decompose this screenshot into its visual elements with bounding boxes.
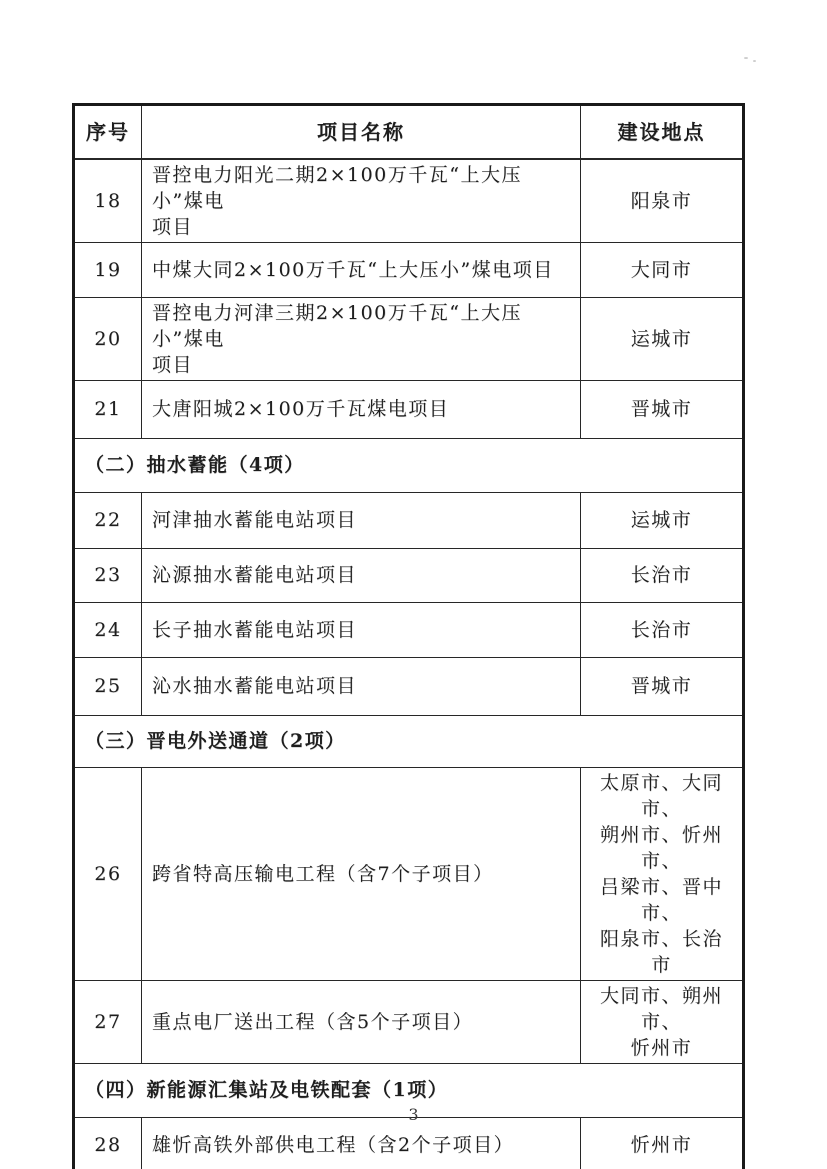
project-location: 长治市 <box>581 548 744 602</box>
table-row: 26 跨省特高压输电工程（含7个子项目） 太原市、大同市、 朔州市、忻州市、 吕… <box>74 767 744 980</box>
table-row: 25 沁水抽水蓄能电站项目 晋城市 <box>74 657 744 715</box>
project-location: 运城市 <box>581 492 744 548</box>
row-number: 23 <box>74 548 142 602</box>
project-location: 运城市 <box>581 297 744 380</box>
table-row: 24 长子抽水蓄能电站项目 长治市 <box>74 602 744 657</box>
row-number: 21 <box>74 380 142 438</box>
project-location: 晋城市 <box>581 657 744 715</box>
project-location: 晋城市 <box>581 380 744 438</box>
row-number: 26 <box>74 767 142 980</box>
scan-speckle <box>744 57 748 59</box>
row-number: 28 <box>74 1117 142 1169</box>
project-name: 中煤大同2×100万千瓦“上大压小”煤电项目 <box>142 242 581 297</box>
project-name: 沁源抽水蓄能电站项目 <box>142 548 581 602</box>
project-name: 晋控电力河津三期2×100万千瓦“上大压小”煤电 项目 <box>142 297 581 380</box>
row-number: 27 <box>74 980 142 1063</box>
table-row: 23 沁源抽水蓄能电站项目 长治市 <box>74 548 744 602</box>
project-name: 大唐阳城2×100万千瓦煤电项目 <box>142 380 581 438</box>
table-row: 21 大唐阳城2×100万千瓦煤电项目 晋城市 <box>74 380 744 438</box>
column-header-no: 序号 <box>74 105 142 159</box>
project-location: 大同市、朔州市、 忻州市 <box>581 980 744 1063</box>
table-row: 22 河津抽水蓄能电站项目 运城市 <box>74 492 744 548</box>
scan-speckle <box>753 60 756 62</box>
project-name: 雄忻高铁外部供电工程（含2个子项目） <box>142 1117 581 1169</box>
project-location: 太原市、大同市、 朔州市、忻州市、 吕梁市、晋中市、 阳泉市、长治市 <box>581 767 744 980</box>
project-name: 河津抽水蓄能电站项目 <box>142 492 581 548</box>
project-name: 跨省特高压输电工程（含7个子项目） <box>142 767 581 980</box>
project-location: 忻州市 <box>581 1117 744 1169</box>
table-row: 27 重点电厂送出工程（含5个子项目） 大同市、朔州市、 忻州市 <box>74 980 744 1063</box>
table-row: 20 晋控电力河津三期2×100万千瓦“上大压小”煤电 项目 运城市 <box>74 297 744 380</box>
project-location: 阳泉市 <box>581 159 744 243</box>
table-header-row: 序号 项目名称 建设地点 <box>74 105 744 159</box>
project-name: 重点电厂送出工程（含5个子项目） <box>142 980 581 1063</box>
section-label: （二）抽水蓄能（4项） <box>74 438 744 492</box>
row-number: 22 <box>74 492 142 548</box>
section-label: （三）晋电外送通道（2项） <box>74 715 744 767</box>
section-row: （二）抽水蓄能（4项） <box>74 438 744 492</box>
table-row: 19 中煤大同2×100万千瓦“上大压小”煤电项目 大同市 <box>74 242 744 297</box>
project-name: 沁水抽水蓄能电站项目 <box>142 657 581 715</box>
row-number: 25 <box>74 657 142 715</box>
row-number: 19 <box>74 242 142 297</box>
row-number: 24 <box>74 602 142 657</box>
project-name: 长子抽水蓄能电站项目 <box>142 602 581 657</box>
column-header-name: 项目名称 <box>142 105 581 159</box>
table-row: 18 晋控电力阳光二期2×100万千瓦“上大压小”煤电 项目 阳泉市 <box>74 159 744 243</box>
row-number: 20 <box>74 297 142 380</box>
section-row: （三）晋电外送通道（2项） <box>74 715 744 767</box>
project-list-table: 序号 项目名称 建设地点 18 晋控电力阳光二期2×100万千瓦“上大压小”煤电… <box>72 103 745 1169</box>
project-location: 大同市 <box>581 242 744 297</box>
row-number: 18 <box>74 159 142 243</box>
project-location: 长治市 <box>581 602 744 657</box>
scanned-document-page: { "page": { "number": "3" }, "table": { … <box>0 0 827 1169</box>
project-name: 晋控电力阳光二期2×100万千瓦“上大压小”煤电 项目 <box>142 159 581 243</box>
column-header-location: 建设地点 <box>581 105 744 159</box>
page-number: 3 <box>0 1105 827 1124</box>
table-row: 28 雄忻高铁外部供电工程（含2个子项目） 忻州市 <box>74 1117 744 1169</box>
